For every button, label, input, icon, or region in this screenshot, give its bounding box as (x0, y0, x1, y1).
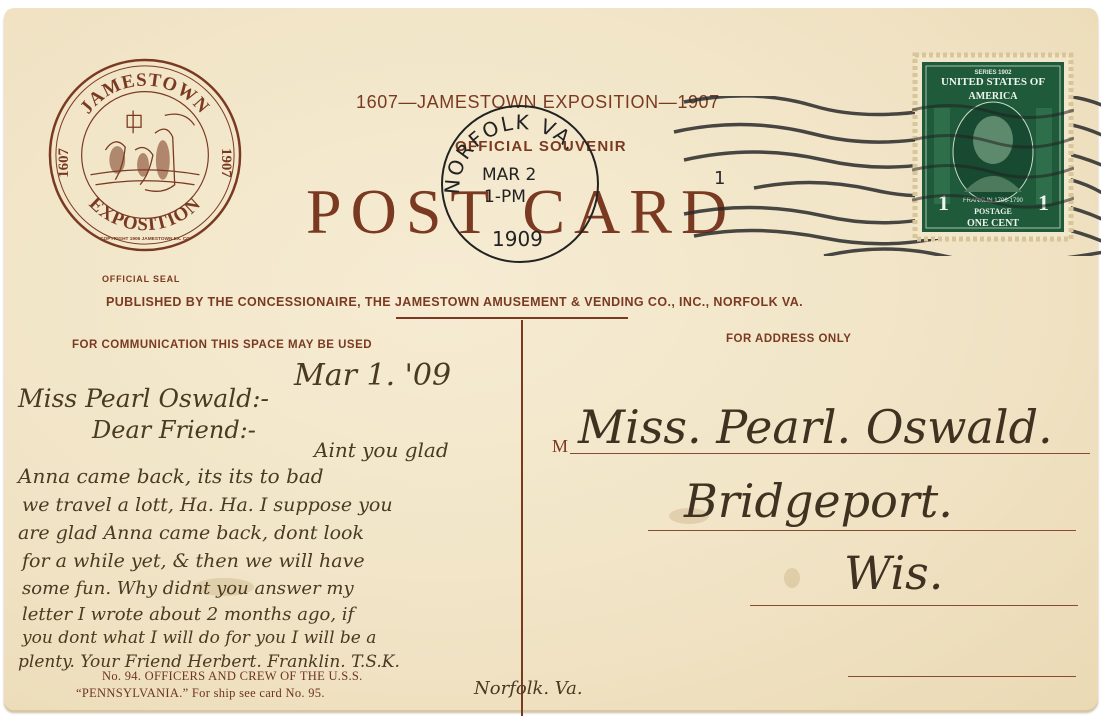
card-caption: No. 94. OFFICERS AND CREW OF THE U.S.S. … (76, 668, 363, 702)
address-city: Bridgeport. (684, 474, 953, 528)
svg-text:JAMESTOWN: JAMESTOWN (76, 70, 214, 118)
caption-line-1: No. 94. OFFICERS AND CREW OF THE U.S.S. (76, 668, 363, 685)
message-date: Mar 1. '09 (294, 358, 451, 393)
message-line: Dear Friend:- (92, 416, 256, 444)
svg-text:AMERICA: AMERICA (969, 91, 1019, 102)
svg-text:1909: 1909 (492, 227, 543, 251)
svg-text:COPYRIGHT 1906 JAMESTOWN EX. C: COPYRIGHT 1906 JAMESTOWN EX. CO (100, 236, 190, 242)
message-line: some fun. Why didnt you answer my (22, 578, 354, 599)
publisher-line: PUBLISHED BY THE CONCESSIONAIRE, THE JAM… (106, 295, 803, 309)
svg-text:POSTAGE: POSTAGE (974, 207, 1012, 216)
address-label: FOR ADDRESS ONLY (726, 333, 851, 345)
message-line: you dont what I will do for you I will b… (22, 628, 376, 648)
message-line: for a while yet, & then we will have (22, 550, 365, 572)
svg-text:1: 1 (714, 168, 725, 189)
message-line: Miss Pearl Oswald:- (18, 384, 269, 413)
postcard: JAMESTOWN EXPOSITION 1607 1907 COPYRIGHT… (4, 8, 1098, 710)
center-divider (521, 320, 523, 716)
svg-text:1-PM: 1-PM (484, 187, 526, 207)
address-name: Miss. Pearl. Oswald. (578, 400, 1053, 454)
seal-caption: OFFICIAL SEAL (102, 274, 180, 284)
message-line: Norfolk. Va. (474, 678, 583, 699)
official-seal-icon: JAMESTOWN EXPOSITION 1607 1907 COPYRIGHT… (46, 56, 244, 254)
franklin-stamp-icon: SERIES 1902 UNITED STATES OF AMERICA 1 1… (912, 52, 1074, 242)
communication-label: FOR COMMUNICATION THIS SPACE MAY BE USED (72, 339, 372, 351)
postmark-icon: NORFOLK VA. MAR 2 1-PM 1909 (438, 102, 602, 266)
message-line: we travel a lott, Ha. Ha. I suppose you (22, 494, 393, 516)
svg-text:ONE CENT: ONE CENT (967, 218, 1019, 229)
address-prefix: M (552, 436, 568, 457)
message-line: letter I wrote about 2 months ago, if (22, 604, 354, 625)
message-line: are glad Anna came back, dont look (18, 522, 364, 544)
header-rule (396, 317, 628, 319)
svg-text:EXPOSITION: EXPOSITION (85, 193, 206, 235)
stain (784, 568, 800, 588)
address-state: Wis. (844, 546, 943, 600)
svg-text:MAR 2: MAR 2 (482, 165, 536, 185)
svg-text:1907: 1907 (218, 148, 234, 178)
address-rule (848, 676, 1076, 677)
svg-text:1: 1 (1038, 190, 1049, 215)
message-line: Anna came back, its its to bad (18, 464, 324, 488)
message-line: Aint you glad (314, 438, 449, 462)
svg-text:1607: 1607 (56, 147, 72, 177)
caption-line-2: “PENNSYLVANIA.” For ship see card No. 95… (76, 685, 363, 702)
address-rule (750, 605, 1078, 606)
svg-text:1: 1 (938, 190, 949, 215)
svg-text:UNITED STATES OF: UNITED STATES OF (941, 76, 1045, 88)
address-rule (648, 530, 1076, 531)
